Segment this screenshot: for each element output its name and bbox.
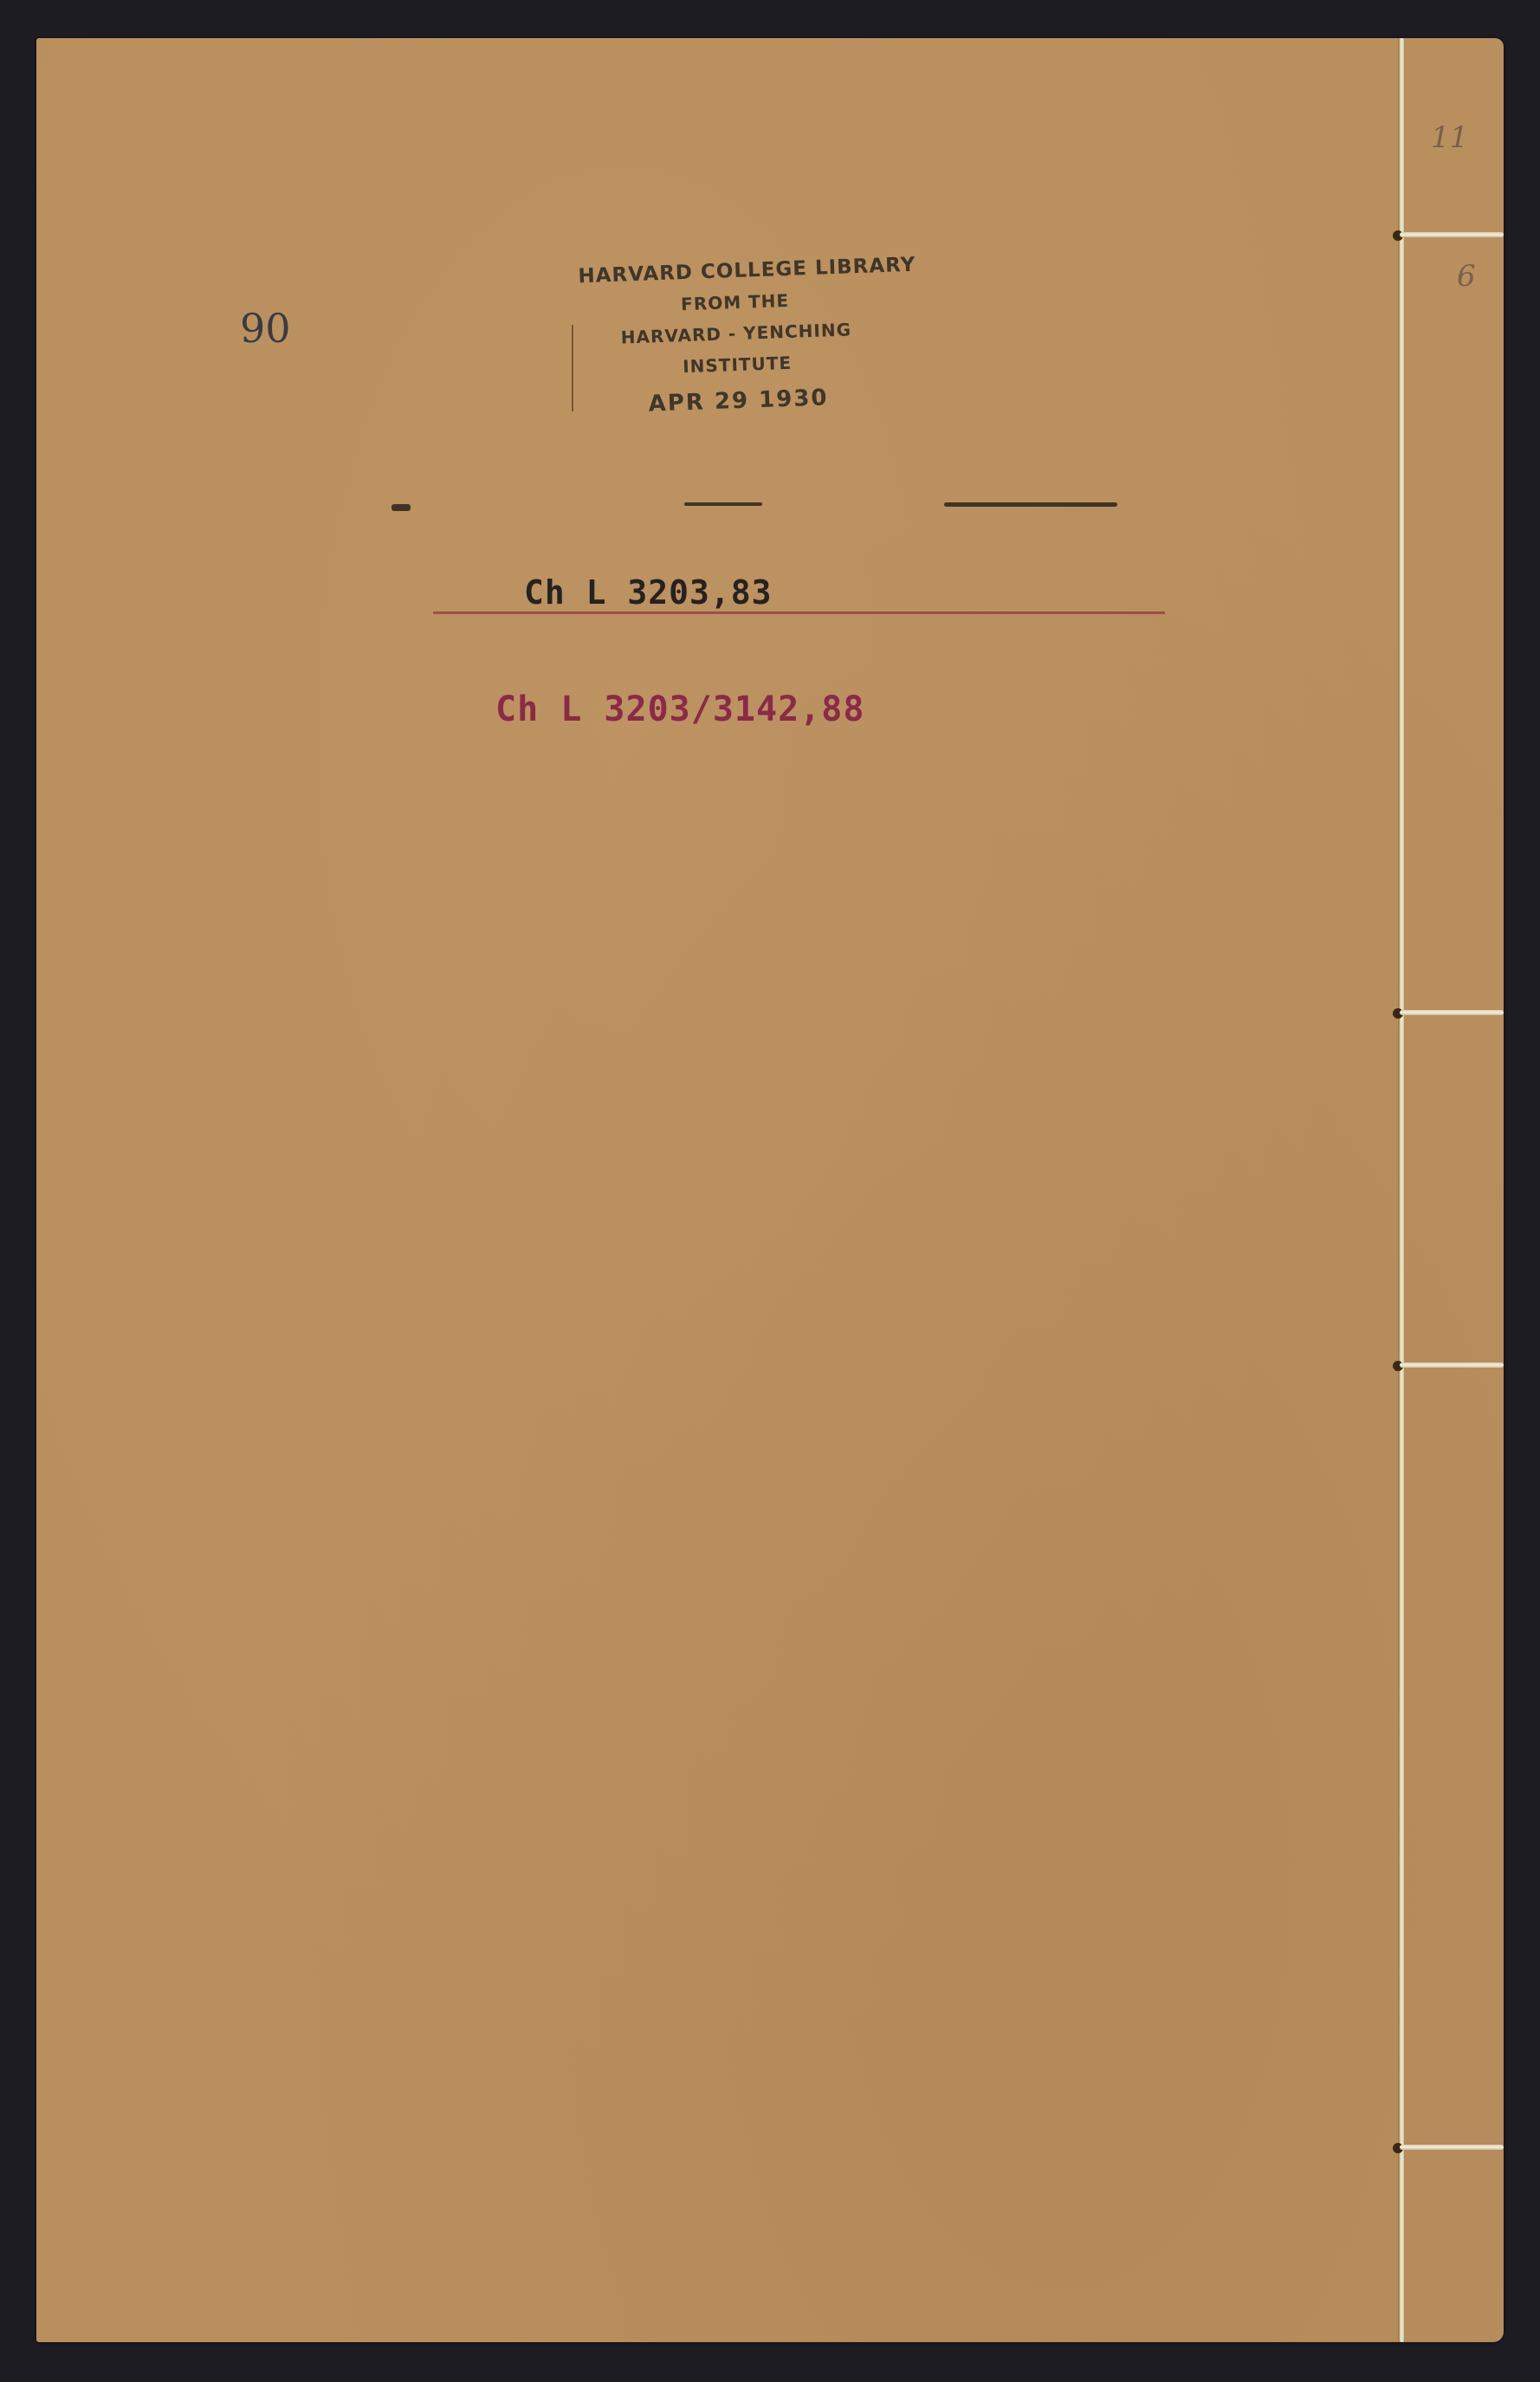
pencil-mark-top: 11 [1431,120,1468,155]
binding-fold [1398,38,1399,2342]
binding-stitch [1400,1010,1504,1015]
ink-blot [391,504,411,511]
binding-thread [1400,38,1404,2342]
call-number-red: Ch L 3203/3142,88 [495,689,864,729]
ink-dash [684,502,762,506]
corner-number: 90 [240,305,291,352]
library-stamp: HARVARD COLLEGE LIBRARY FROM THE HARVARD… [534,249,938,424]
binding-stitch [1400,2145,1504,2150]
binding-stitch [1400,1363,1504,1368]
call-number-black: Ch L 3203,83 [524,573,773,612]
call-number-underline [433,612,1165,614]
ink-dash [944,502,1117,507]
binding-stitch [1400,232,1504,237]
pencil-mark-second: 6 [1457,259,1476,294]
